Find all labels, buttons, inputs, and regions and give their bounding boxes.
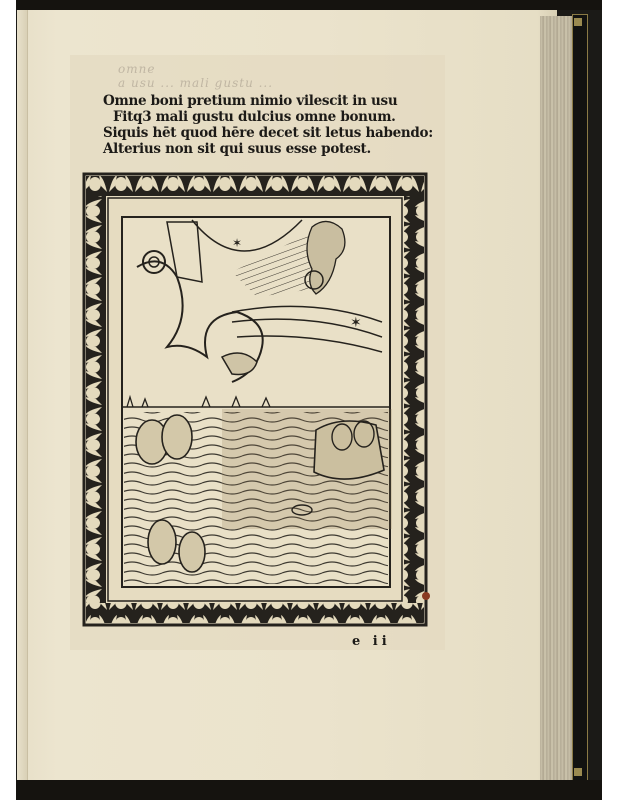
gilt-corner-bottom (574, 768, 582, 776)
paper-stain (422, 592, 430, 600)
signature-mark: e ii (352, 634, 391, 649)
woodcut-illustration: ✶ ✶ (82, 172, 428, 627)
page-edges (540, 16, 572, 781)
verse-line: Alterius non sit qui suus esse potest. (103, 141, 433, 157)
binding-top (16, 0, 602, 10)
svg-text:✶: ✶ (350, 315, 362, 331)
verse-line: Omne boni pretium nimio vilescit in usu (103, 93, 433, 109)
handwritten-annotation: omne (118, 62, 155, 76)
binding-bottom (16, 780, 602, 800)
verse-line: Siquis hēt quod hēre decet sit letus hab… (103, 125, 433, 141)
verse-block: Omne boni pretium nimio vilescit in usu … (103, 93, 433, 157)
svg-text:✶: ✶ (232, 236, 242, 250)
handwritten-annotation: a usu ... mali gustu ... (118, 76, 273, 90)
gilt-corner-top (574, 18, 582, 26)
verse-line: Fitq3 mali gustu dulcius omne bonum. (103, 109, 433, 125)
gutter-fold (17, 10, 28, 780)
cover-board (572, 14, 588, 784)
